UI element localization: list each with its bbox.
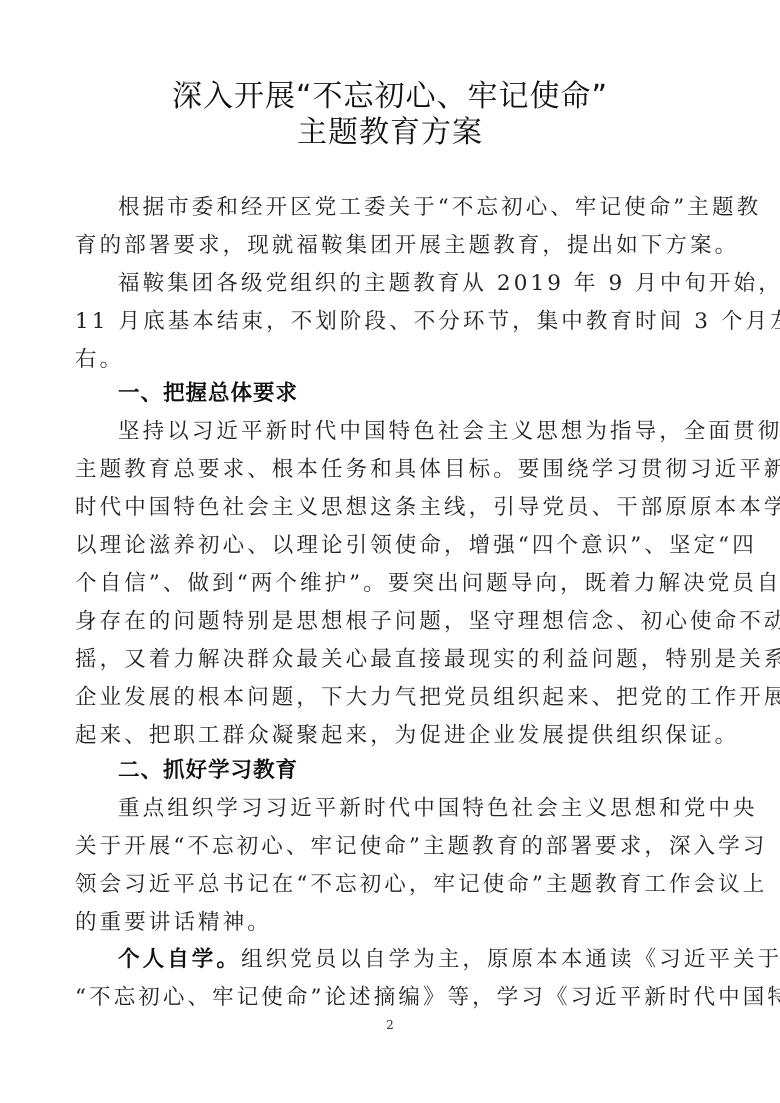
paragraph-line: 的重要讲话精神。 [75,904,715,942]
paragraph-line: 主题教育总要求、根本任务和具体目标。要围绕学习贯彻习近平新 [75,451,715,489]
paragraph-line: 个人自学。组织党员以自学为主，原原本本通读《习近平关于 [118,941,758,979]
bold-lead-text: 个人自学。 [118,947,241,972]
paragraph-line: 右。 [75,341,715,379]
document-page: 深入开展“不忘初心、牢记使命” 主题教育方案 根据市委和经开区党工委关于“不忘初… [0,0,780,1103]
paragraph-line: 领会习近平总书记在“不忘初心，牢记使命”主题教育工作会议上 [75,866,715,904]
page-number: 2 [0,1018,780,1032]
paragraph-line: 起来、把职工群众凝聚起来，为促进企业发展提供组织保证。 [75,717,715,755]
section-heading-1: 一、把握总体要求 [118,375,758,413]
paragraph-line: 以理论滋养初心、以理论引领使命，增强“四个意识”、坚定“四 [75,527,715,565]
section-heading-2: 二、抓好学习教育 [118,752,758,790]
paragraph-text: 组织党员以自学为主，原原本本通读《习近平关于 [241,947,780,972]
paragraph-line: 育的部署要求，现就福鞍集团开展主题教育，提出如下方案。 [75,227,715,265]
paragraph-line: “不忘初心、牢记使命”论述摘编》等，学习《习近平新时代中国特 [75,979,715,1017]
paragraph-line: 11 月底基本结束，不划阶段、不分环节，集中教育时间 3 个月左 [75,303,715,341]
paragraph-line: 企业发展的根本问题，下大力气把党员组织起来、把党的工作开展 [75,679,715,717]
paragraph-line: 坚持以习近平新时代中国特色社会主义思想为指导，全面贯彻 [118,413,758,451]
paragraph-line: 时代中国特色社会主义思想这条主线，引导党员、干部原原本本学， [75,489,715,527]
paragraph-line: 身存在的问题特别是思想根子问题，坚守理想信念、初心使命不动 [75,603,715,641]
paragraph-line: 关于开展“不忘初心、牢记使命”主题教育的部署要求，深入学习 [75,828,715,866]
document-title-line2: 主题教育方案 [0,114,780,152]
paragraph-line: 个自信”、做到“两个维护”。要突出问题导向，既着力解决党员自 [75,565,715,603]
paragraph-line: 重点组织学习习近平新时代中国特色社会主义思想和党中央 [118,790,758,828]
paragraph-line: 摇，又着力解决群众最关心最直接最现实的利益问题，特别是关系 [75,641,715,679]
paragraph-line: 根据市委和经开区党工委关于“不忘初心、牢记使命”主题教 [118,189,758,227]
paragraph-line: 福鞍集团各级党组织的主题教育从 2019 年 9 月中旬开始，到 [118,265,758,303]
document-title-line1: 深入开展“不忘初心、牢记使命” [0,78,780,116]
